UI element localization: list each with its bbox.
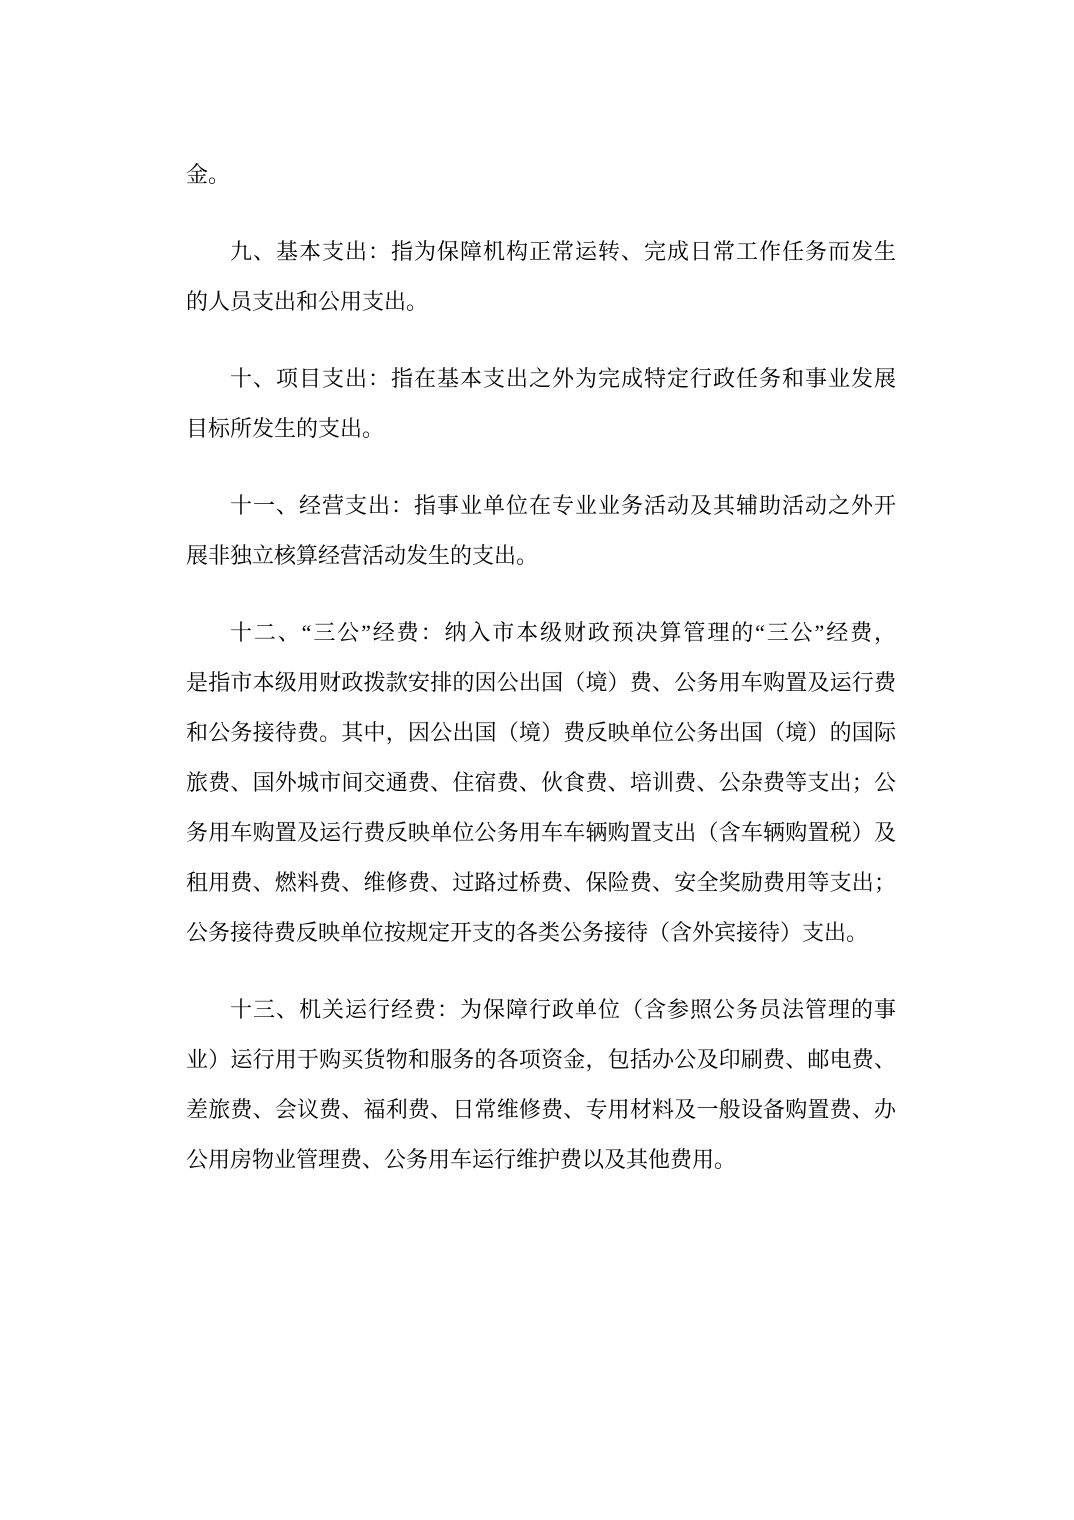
- text-line: 目标所发生的支出。: [186, 404, 896, 454]
- text-line: 九、基本支出：指为保障机构正常运转、完成日常工作任务而发生: [186, 227, 896, 277]
- text-line: 和公务接待费。其中，因公出国（境）费反映单位公务出国（境）的国际: [186, 708, 896, 758]
- paragraph-item-12-three-public-funds: 十二、“三公”经费：纳入市本级财政预决算管理的“三公”经费， 是指市本级用财政拨…: [186, 608, 896, 958]
- text-line: 业）运行用于购买货物和服务的各项资金，包括办公及印刷费、邮电费、: [186, 1035, 896, 1085]
- document-body: 金。 九、基本支出：指为保障机构正常运转、完成日常工作任务而发生 的人员支出和公…: [186, 150, 896, 1212]
- text-line: 公务接待费反映单位按规定开支的各类公务接待（含外宾接待）支出。: [186, 908, 896, 958]
- paragraph-item-9-basic-expenditure: 九、基本支出：指为保障机构正常运转、完成日常工作任务而发生 的人员支出和公用支出…: [186, 227, 896, 327]
- text-line: 差旅费、会议费、福利费、日常维修费、专用材料及一般设备购置费、办: [186, 1085, 896, 1135]
- text-line: 旅费、国外城市间交通费、住宿费、伙食费、培训费、公杂费等支出；公: [186, 758, 896, 808]
- text-line: 的人员支出和公用支出。: [186, 277, 896, 327]
- text-line: 是指市本级用财政拨款安排的因公出国（境）费、公务用车购置及运行费: [186, 658, 896, 708]
- text-line: 十、项目支出：指在基本支出之外为完成特定行政任务和事业发展: [186, 354, 896, 404]
- text-line: 务用车购置及运行费反映单位公务用车车辆购置支出（含车辆购置税）及: [186, 808, 896, 858]
- text-line: 十二、“三公”经费：纳入市本级财政预决算管理的“三公”经费，: [186, 608, 896, 658]
- text-line: 公用房物业管理费、公务用车运行维护费以及其他费用。: [186, 1135, 896, 1185]
- paragraph-continuation: 金。: [186, 150, 896, 200]
- text-line: 十一、经营支出：指事业单位在专业业务活动及其辅助活动之外开: [186, 481, 896, 531]
- text-line: 金。: [186, 150, 896, 200]
- paragraph-item-11-operating-expenditure: 十一、经营支出：指事业单位在专业业务活动及其辅助活动之外开 展非独立核算经营活动…: [186, 481, 896, 581]
- document-page: 金。 九、基本支出：指为保障机构正常运转、完成日常工作任务而发生 的人员支出和公…: [0, 0, 1074, 1520]
- paragraph-item-13-agency-operating-funds: 十三、机关运行经费：为保障行政单位（含参照公务员法管理的事 业）运行用于购买货物…: [186, 985, 896, 1185]
- text-line: 十三、机关运行经费：为保障行政单位（含参照公务员法管理的事: [186, 985, 896, 1035]
- paragraph-item-10-project-expenditure: 十、项目支出：指在基本支出之外为完成特定行政任务和事业发展 目标所发生的支出。: [186, 354, 896, 454]
- text-line: 展非独立核算经营活动发生的支出。: [186, 531, 896, 581]
- text-line: 租用费、燃料费、维修费、过路过桥费、保险费、安全奖励费用等支出；: [186, 858, 896, 908]
